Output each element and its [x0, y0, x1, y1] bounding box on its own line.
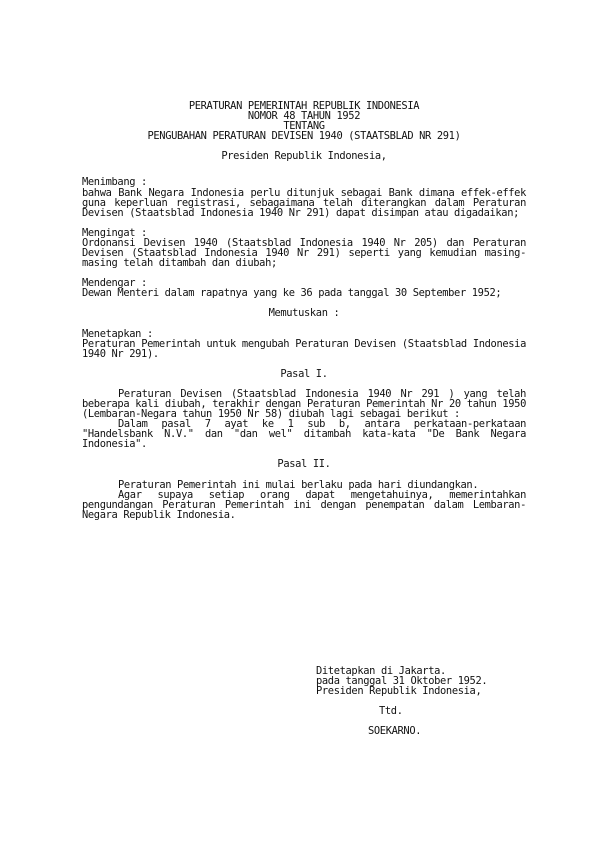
signature-name: SOEKARNO.	[316, 726, 536, 736]
pasal-2-paragraph-2: Agar supaya setiap orang dapat mengetahu…	[82, 490, 526, 520]
signature-block: Ditetapkan di Jakarta. pada tanggal 31 O…	[316, 666, 536, 736]
document-body: PERATURAN PEMERINTAH REPUBLIK INDONESIA …	[82, 101, 526, 520]
menimbang-section: Menimbang : bahwa Bank Negara Indonesia …	[82, 177, 526, 217]
mengingat-section: Mengingat : Ordonansi Devisen 1940 (Staa…	[82, 228, 526, 268]
mendengar-text: Dewan Menteri dalam rapatnya yang ke 36 …	[82, 288, 526, 298]
pasal-1-heading: Pasal I.	[82, 369, 526, 379]
signature-ttd: Ttd.	[316, 706, 536, 716]
signature-title: Presiden Republik Indonesia,	[316, 686, 536, 696]
menetapkan-section: Menetapkan : Peraturan Pemerintah untuk …	[82, 329, 526, 359]
pasal-1-paragraph-1: Peraturan Devisen (Staatsblad Indonesia …	[82, 389, 526, 419]
pasal-1-paragraph-2: Dalam pasal 7 ayat ke 1 sub b, antara pe…	[82, 419, 526, 449]
header-subject: PENGUBAHAN PERATURAN DEVISEN 1940 (STAAT…	[82, 131, 526, 141]
issuer: Presiden Republik Indonesia,	[82, 151, 526, 161]
memutuskan-heading: Memutuskan :	[82, 308, 526, 318]
pasal-2-heading: Pasal II.	[82, 459, 526, 469]
menetapkan-text: Peraturan Pemerintah untuk mengubah Pera…	[82, 339, 526, 359]
header: PERATURAN PEMERINTAH REPUBLIK INDONESIA …	[82, 101, 526, 141]
mengingat-text: Ordonansi Devisen 1940 (Staatsblad Indon…	[82, 238, 526, 268]
mendengar-section: Mendengar : Dewan Menteri dalam rapatnya…	[82, 278, 526, 298]
menimbang-text: bahwa Bank Negara Indonesia perlu ditunj…	[82, 188, 526, 218]
